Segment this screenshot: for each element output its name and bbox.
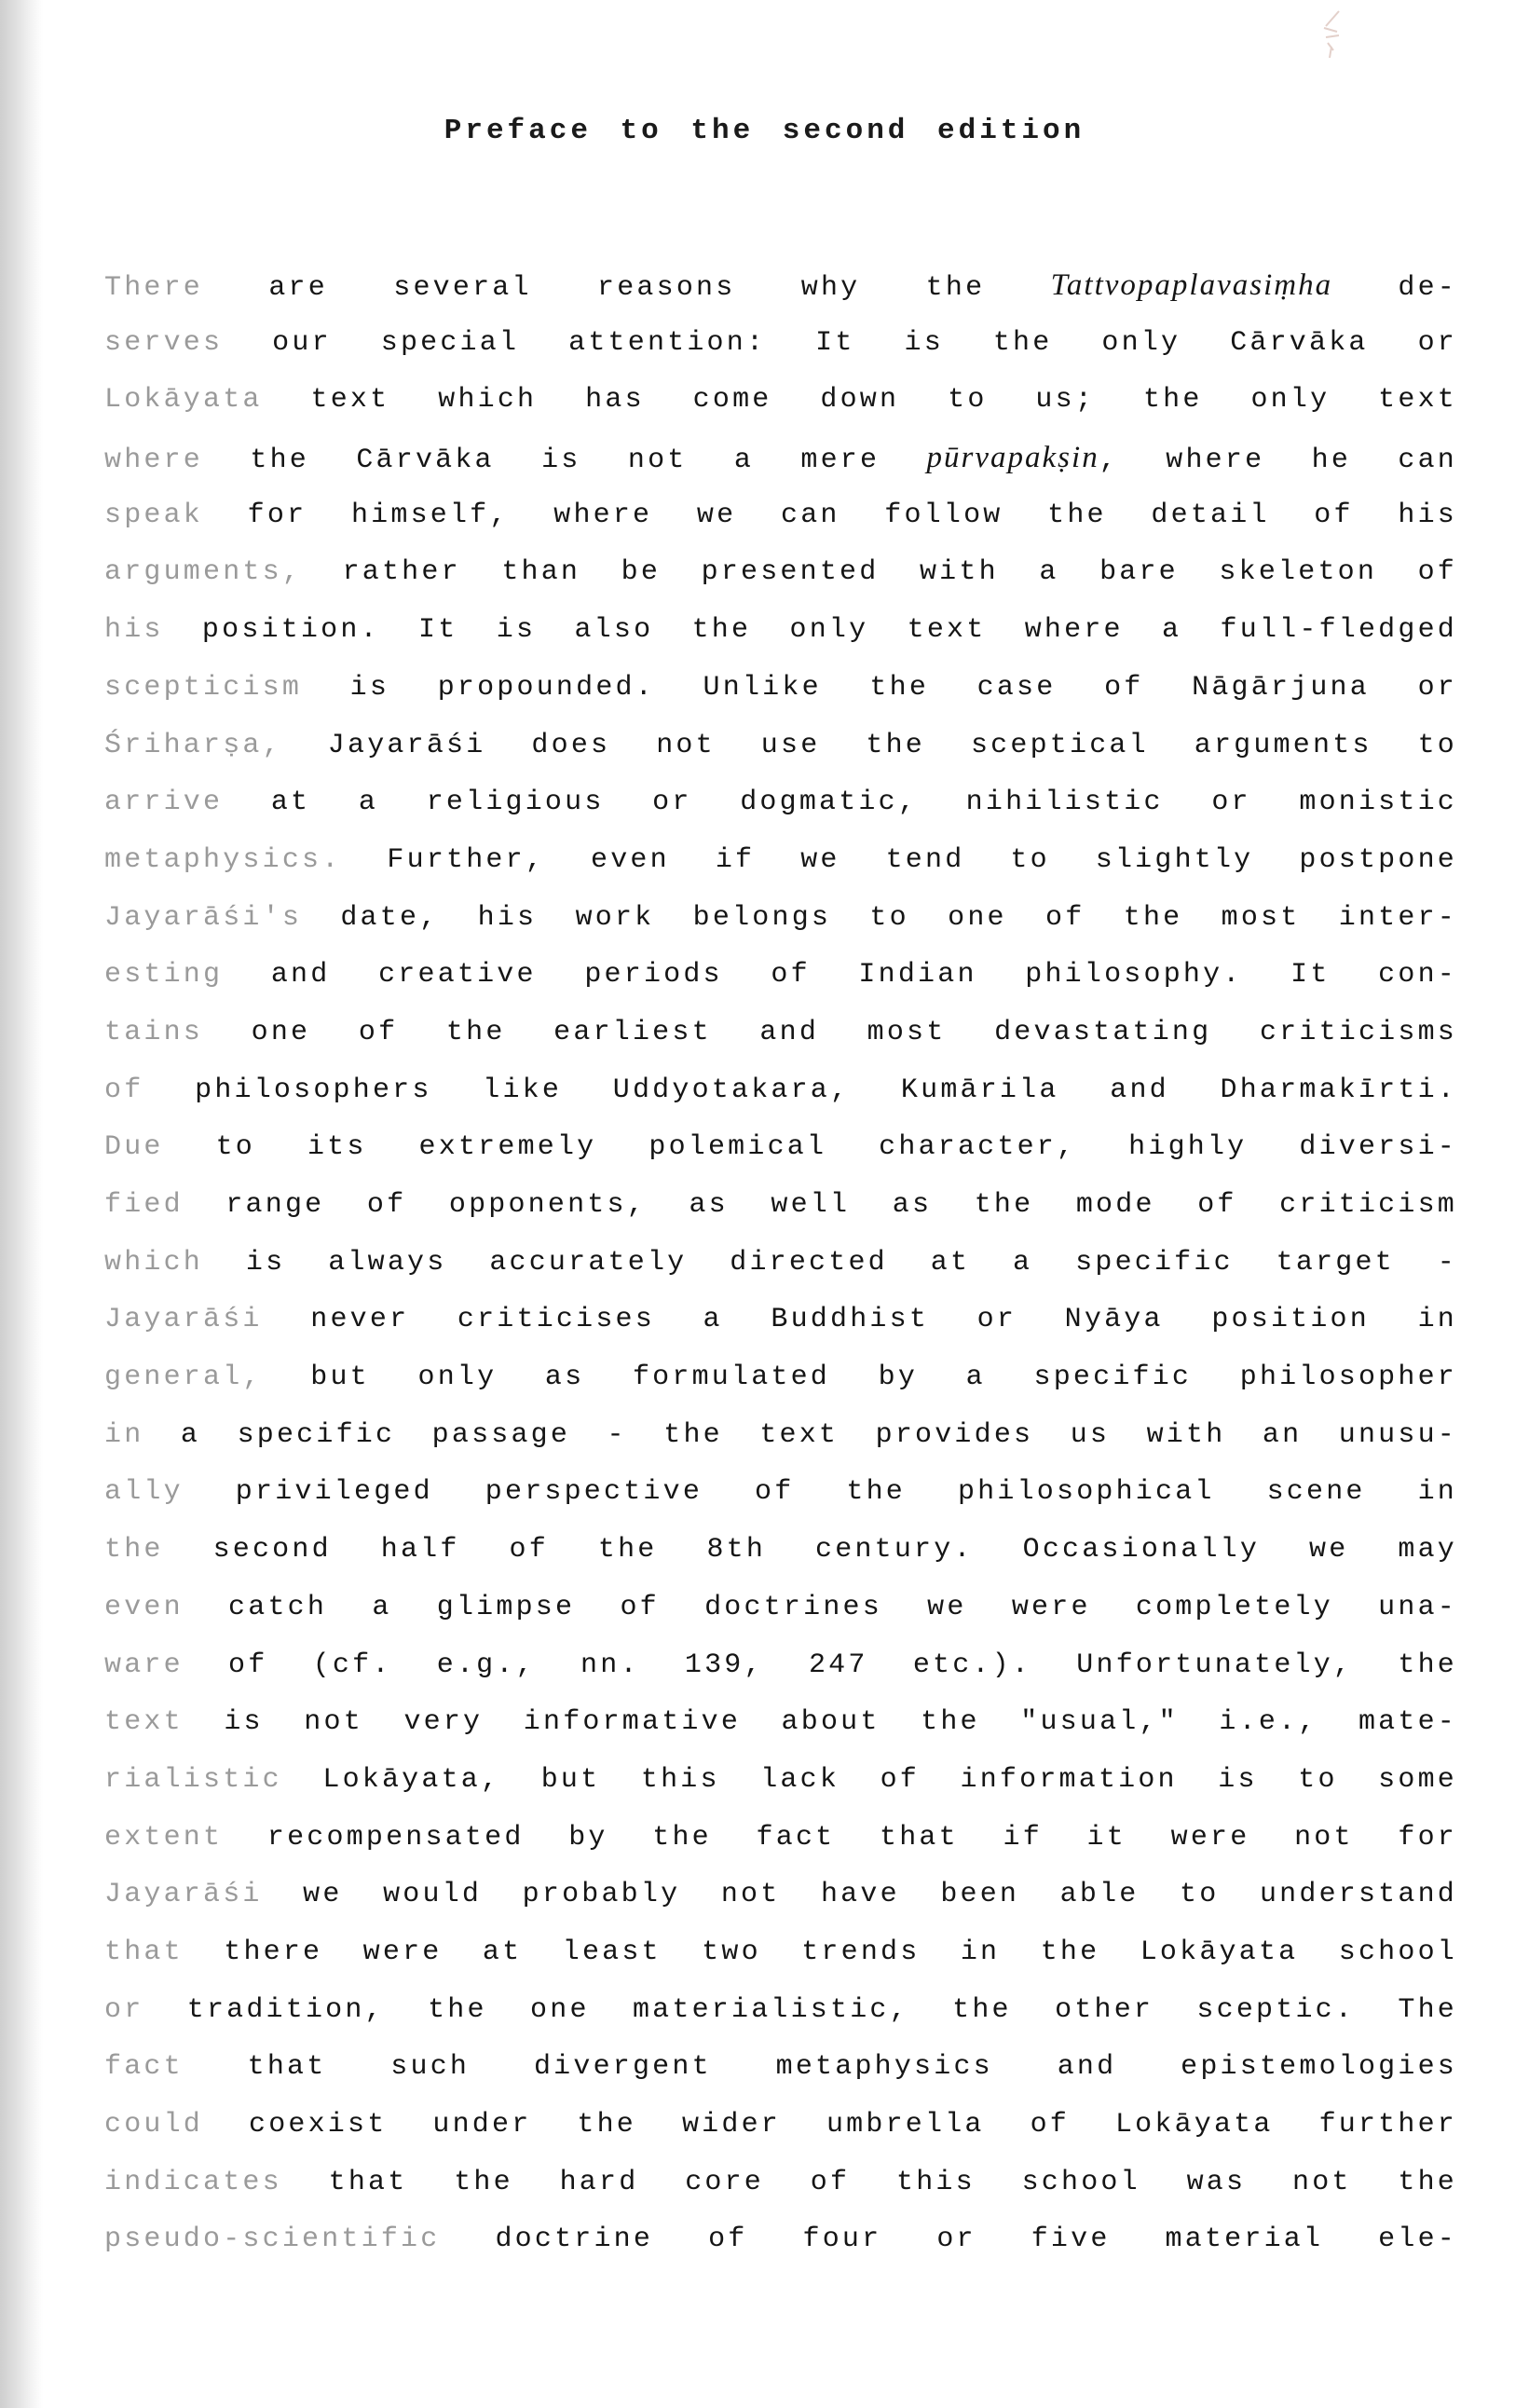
faded-word: ware [104,1649,184,1681]
line-text: position. It is also the only text where… [164,614,1457,646]
text-line: Due to its extremely polemical character… [104,1129,1457,1186]
line-text: for himself, where we can follow the det… [203,499,1457,531]
text-line: scepticism is propounded. Unlike the cas… [104,669,1457,727]
text-line: serves our special attention: It is the … [104,324,1457,382]
text-line: which is always accurately directed at a… [104,1244,1457,1302]
text-line: arguments, rather than be presented with… [104,554,1457,611]
text-line: There are several reasons why the Tattvo… [104,267,1457,324]
line-text: coexist under the wider umbrella of Lokā… [203,2109,1457,2141]
faded-word: fact [104,2051,184,2083]
faded-word: esting [104,959,223,991]
text-line: Lokāyata text which has come down to us;… [104,381,1457,439]
faded-word: Lokāyata [104,384,263,416]
faded-word: Jayarāśi [104,1304,263,1335]
line-text: tradition, the one materialistic, the ot… [143,1994,1457,2026]
line-text: the Cārvāka is not a mere [203,445,927,476]
faded-word: ally [104,1476,184,1508]
line-text: is not very informative about the "usual… [184,1706,1457,1738]
faded-word: serves [104,327,223,359]
line-text: catch a glimpse of doctrines we were com… [184,1592,1457,1623]
page-title: Preface to the second edition [0,113,1529,150]
faded-word: which [104,1247,203,1279]
faded-word: rialistic [104,1764,282,1796]
faded-word: Due [104,1131,164,1163]
line-text: date, his work belongs to one of the mos… [302,902,1457,934]
line-text: our special attention: It is the only Cā… [223,327,1457,359]
faded-word: the [104,1534,164,1566]
line-text: and creative periods of Indian philosoph… [223,959,1457,991]
text-line: where the Cārvāka is not a mere pūrvapak… [104,439,1457,497]
text-line: that there were at least two trends in t… [104,1934,1457,1991]
line-text: there were at least two trends in the Lo… [184,1936,1457,1968]
line-text: recompensated by the fact that if it wer… [223,1822,1457,1854]
line-text: privileged perspective of the philosophi… [184,1476,1457,1508]
line-text: Lokāyata, but this lack of information i… [282,1764,1457,1796]
line-text: doctrine of four or five material ele- [440,2223,1457,2255]
faded-word: There [104,272,203,304]
text-line: metaphysics. Further, even if we tend to… [104,841,1457,899]
faded-word: could [104,2109,203,2141]
line-tail: , where he can [1099,445,1457,476]
faded-word: of [104,1074,143,1106]
line-text: a specific passage - the text provides u… [143,1419,1457,1451]
italic-term: pūrvapakṣin [927,441,1099,474]
text-line: or tradition, the one materialistic, the… [104,1991,1457,2049]
faded-word: metaphysics. [104,844,341,876]
text-line: his position. It is also the only text w… [104,611,1457,669]
text-line: tains one of the earliest and most devas… [104,1014,1457,1072]
text-line: Jayarāśi's date, his work belongs to one… [104,899,1457,957]
line-text: range of opponents, as well as the mode … [184,1189,1457,1221]
text-line: pseudo-scientific doctrine of four or fi… [104,2221,1457,2278]
faded-word: his [104,614,164,646]
line-text: at a religious or dogmatic, nihilistic o… [223,787,1457,818]
page-binding-shadow [0,0,43,2408]
text-line: fact that such divergent metaphysics and… [104,2048,1457,2106]
faded-word: that [104,1936,184,1968]
line-text: we would probably not have been able to … [263,1879,1457,1910]
text-line: the second half of the 8th century. Occa… [104,1531,1457,1589]
line-text: never criticises a Buddhist or Nyāya pos… [263,1304,1457,1335]
text-line: ware of (cf. e.g., nn. 139, 247 etc.). U… [104,1647,1457,1704]
faded-word: Jayarāśi's [104,902,302,934]
line-text: to its extremely polemical character, hi… [164,1131,1457,1163]
text-line: Jayarāśi we would probably not have been… [104,1876,1457,1934]
body-paragraph: There are several reasons why the Tattvo… [104,267,1457,2278]
line-text: one of the earliest and most devastating… [203,1017,1457,1048]
faded-word: scepticism [104,672,302,704]
faded-word: text [104,1706,184,1738]
faded-word: where [104,445,203,476]
faded-word: arguments, [104,556,302,588]
line-text: of (cf. e.g., nn. 139, 247 etc.). Unfort… [184,1649,1457,1681]
line-text: second half of the 8th century. Occasion… [164,1534,1457,1566]
text-line: Jayarāśi never criticises a Buddhist or … [104,1301,1457,1359]
text-line: general, but only as formulated by a spe… [104,1359,1457,1416]
text-line: arrive at a religious or dogmatic, nihil… [104,784,1457,841]
line-text: is propounded. Unlike the case of Nāgārj… [302,672,1457,704]
line-text: rather than be presented with a bare ske… [302,556,1457,588]
text-line: fied range of opponents, as well as the … [104,1186,1457,1244]
line-text: Further, even if we tend to slightly pos… [341,844,1457,876]
text-line: Śriharṣa, Jayarāśi does not use the scep… [104,727,1457,785]
text-line: text is not very informative about the "… [104,1703,1457,1761]
faded-word: even [104,1592,184,1623]
faded-word: Śriharṣa, [104,730,282,761]
italic-term: Tattvopaplavasiṃha [1051,268,1332,302]
faded-word: indicates [104,2167,282,2198]
text-line: esting and creative periods of Indian ph… [104,956,1457,1014]
text-line: indicates that the hard core of this sch… [104,2164,1457,2222]
faded-word: extent [104,1822,223,1854]
faded-word: pseudo-scientific [104,2223,440,2255]
text-line: speak for himself, where we can follow t… [104,497,1457,554]
line-tail: de- [1332,272,1457,304]
text-line: ally privileged perspective of the philo… [104,1473,1457,1531]
line-text: Jayarāśi does not use the sceptical argu… [282,730,1457,761]
text-line: of philosophers like Uddyotakara, Kumāri… [104,1072,1457,1129]
faded-word: speak [104,499,203,531]
text-line: could coexist under the wider umbrella o… [104,2106,1457,2164]
line-text: but only as formulated by a specific phi… [263,1361,1457,1393]
faded-word: tains [104,1017,203,1048]
line-text: text which has come down to us; the only… [263,384,1457,416]
line-text: is always accurately directed at a speci… [203,1247,1457,1279]
faded-word: Jayarāśi [104,1879,263,1910]
line-text: are several reasons why the [203,272,1051,304]
faded-word: arrive [104,787,223,818]
text-line: even catch a glimpse of doctrines we wer… [104,1589,1457,1647]
text-line: in a specific passage - the text provide… [104,1416,1457,1474]
pencil-mark-icon [1318,9,1346,61]
faded-word: in [104,1419,143,1451]
line-text: that the hard core of this school was no… [282,2167,1457,2198]
line-text: that such divergent metaphysics and epis… [184,2051,1457,2083]
faded-word: or [104,1994,143,2026]
faded-word: general, [104,1361,263,1393]
faded-word: fied [104,1189,184,1221]
text-line: rialistic Lokāyata, but this lack of inf… [104,1761,1457,1819]
line-text: philosophers like Uddyotakara, Kumārila … [143,1074,1457,1106]
text-line: extent recompensated by the fact that if… [104,1819,1457,1877]
